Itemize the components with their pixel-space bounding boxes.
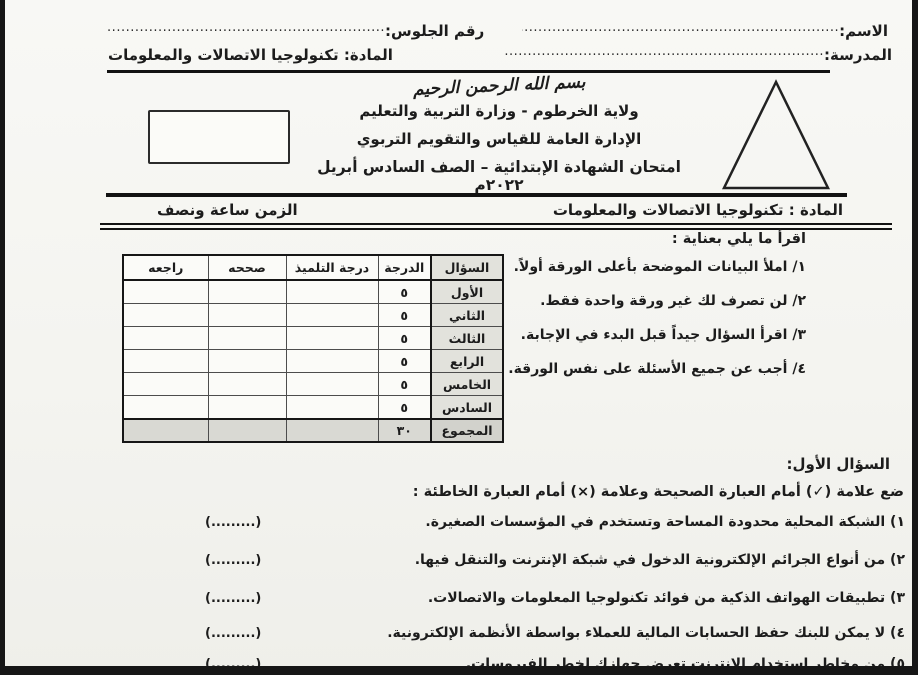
corrector-cell (208, 373, 286, 396)
header-student-grade: درجة التلميذ (286, 255, 378, 280)
grading-table-header-row: السؤال الدرجة درجة التلميذ صححه راجعه (123, 255, 503, 280)
question1-prompt: ضع علامة (✓) أمام العبارة الصحيحة وعلامة… (413, 484, 904, 500)
question-label-cell: الأول (431, 280, 503, 304)
student-grade-cell (286, 373, 378, 396)
statement-text: ٢) من أنواع الجرائم الإلكترونية الدخول ف… (415, 552, 905, 568)
header-divider-line (107, 70, 830, 73)
answer-blank: (.........) (205, 591, 261, 606)
section-divider-bottom-1 (100, 223, 892, 225)
student-grade-cell (286, 396, 378, 420)
statement-text: ٣) تطبيقات الهواتف الذكية من فوائد تكنول… (428, 590, 905, 606)
seat-number-dotted-line: ........................................… (108, 20, 385, 35)
student-grade-cell (286, 304, 378, 327)
reviewer-cell (123, 373, 208, 396)
corrector-cell (208, 396, 286, 420)
statement-text: ١) الشبكة المحلية محدودة المساحة وتستخدم… (425, 514, 905, 530)
name-field-label: الاسم: (839, 22, 888, 40)
total-label-cell: المجموع (431, 419, 503, 442)
statement-item-2: ٢) من أنواع الجرائم الإلكترونية الدخول ف… (205, 552, 905, 568)
statement-item-3: ٣) تطبيقات الهواتف الذكية من فوائد تكنول… (205, 590, 905, 606)
triangle-logo (716, 79, 836, 193)
authority-line: ولاية الخرطوم - وزارة التربية والتعليم (300, 102, 698, 120)
student-grade-cell (286, 280, 378, 304)
reviewer-cell (123, 304, 208, 327)
total-grade-cell: ٣٠ (378, 419, 431, 442)
school-field: المدرسة:................................… (504, 44, 892, 64)
grading-row-5: الخامس ٥ (123, 373, 503, 396)
grading-total-row: المجموع ٣٠ (123, 419, 503, 442)
grading-row-2: الثاني ٥ (123, 304, 503, 327)
instructions-title: اقرأ ما يلي بعناية : (508, 231, 806, 247)
section-divider-bottom-2 (100, 228, 892, 230)
exam-title-line: امتحان الشهادة الإبتدائية – الصف السادس … (300, 158, 698, 194)
instruction-item-2: ٢/ لن تصرف لك غير ورقة واحدة فقط. (508, 291, 806, 312)
corrector-cell (208, 327, 286, 350)
instruction-item-1: ١/ املأ البيانات الموضحة بأعلى الورقة أو… (508, 257, 806, 278)
time-allowed-label: الزمن ساعة ونصف (157, 201, 298, 219)
reviewer-cell (123, 327, 208, 350)
student-grade-cell (286, 350, 378, 373)
seat-number-label: رقم الجلوس: (385, 22, 484, 40)
grading-row-6: السادس ٥ (123, 396, 503, 420)
corrector-cell (208, 350, 286, 373)
question1-title: السؤال الأول: (787, 455, 890, 473)
question-label-cell: الثاني (431, 304, 503, 327)
answer-blank: (.........) (205, 515, 261, 530)
answer-blank: (.........) (205, 626, 261, 641)
answer-blank: (.........) (205, 553, 261, 568)
header-corrected-by: صححه (208, 255, 286, 280)
grading-row-1: الأول ٥ (123, 280, 503, 304)
grading-table: السؤال الدرجة درجة التلميذ صححه راجعه ال… (122, 254, 504, 443)
student-grade-cell (286, 419, 378, 442)
reviewer-cell (123, 419, 208, 442)
name-field-dotted-line: ........................................… (522, 20, 839, 35)
seat-number-field: رقم الجلوس:.............................… (108, 20, 484, 40)
corrector-cell (208, 280, 286, 304)
scan-edge-bottom (0, 666, 918, 675)
max-grade-cell: ٥ (378, 304, 431, 327)
school-field-label: المدرسة: (824, 46, 892, 64)
header-fill-row-1: الاسم:..................................… (108, 20, 888, 40)
reviewer-cell (123, 350, 208, 373)
scan-edge-right (912, 0, 918, 675)
reviewer-cell (123, 280, 208, 304)
name-field: الاسم:..................................… (522, 20, 888, 40)
header-fill-row-2: المدرسة:................................… (108, 44, 892, 64)
question-label-cell: الرابع (431, 350, 503, 373)
statement-item-1: ١) الشبكة المحلية محدودة المساحة وتستخدم… (205, 514, 905, 530)
letterhead: بسم الله الرحمن الرحيم ولاية الخرطوم - و… (300, 76, 698, 194)
subject-field-label: المادة: تكنولوجيا الاتصالات والمعلومات (108, 46, 393, 64)
bismillah-calligraphy: بسم الله الرحمن الرحيم (412, 72, 585, 100)
instruction-item-4: ٤/ أجب عن جميع الأسئلة على نفس الورقة. (508, 359, 806, 380)
statement-text: ٤) لا يمكن للبنك حفظ الحسابات المالية لل… (387, 625, 905, 641)
grading-row-3: الثالث ٥ (123, 327, 503, 350)
header-question: السؤال (431, 255, 503, 280)
instructions-block: اقرأ ما يلي بعناية : ١/ املأ البيانات ال… (508, 231, 806, 393)
max-grade-cell: ٥ (378, 350, 431, 373)
stamp-box (148, 110, 290, 164)
header-reviewed-by: راجعه (123, 255, 208, 280)
max-grade-cell: ٥ (378, 280, 431, 304)
subject-bar-label: المادة : تكنولوجيا الاتصالات والمعلومات (553, 201, 843, 219)
instruction-item-3: ٣/ اقرأ السؤال جيداً قبل البدء في الإجاب… (508, 325, 806, 346)
question-label-cell: السادس (431, 396, 503, 420)
question-label-cell: الثالث (431, 327, 503, 350)
max-grade-cell: ٥ (378, 373, 431, 396)
corrector-cell (208, 304, 286, 327)
max-grade-cell: ٥ (378, 327, 431, 350)
corrector-cell (208, 419, 286, 442)
reviewer-cell (123, 396, 208, 420)
grading-row-4: الرابع ٥ (123, 350, 503, 373)
scan-edge-left (0, 0, 5, 675)
school-field-dotted-line: ........................................… (504, 44, 824, 59)
max-grade-cell: ٥ (378, 396, 431, 420)
statement-item-4: ٤) لا يمكن للبنك حفظ الحسابات المالية لل… (205, 625, 905, 641)
question-label-cell: الخامس (431, 373, 503, 396)
exam-scan-page: الاسم:..................................… (0, 0, 918, 675)
section-divider-top (106, 193, 847, 197)
header-grade: الدرجة (378, 255, 431, 280)
student-grade-cell (286, 327, 378, 350)
department-line: الإدارة العامة للقياس والتقويم التربوي (300, 130, 698, 148)
